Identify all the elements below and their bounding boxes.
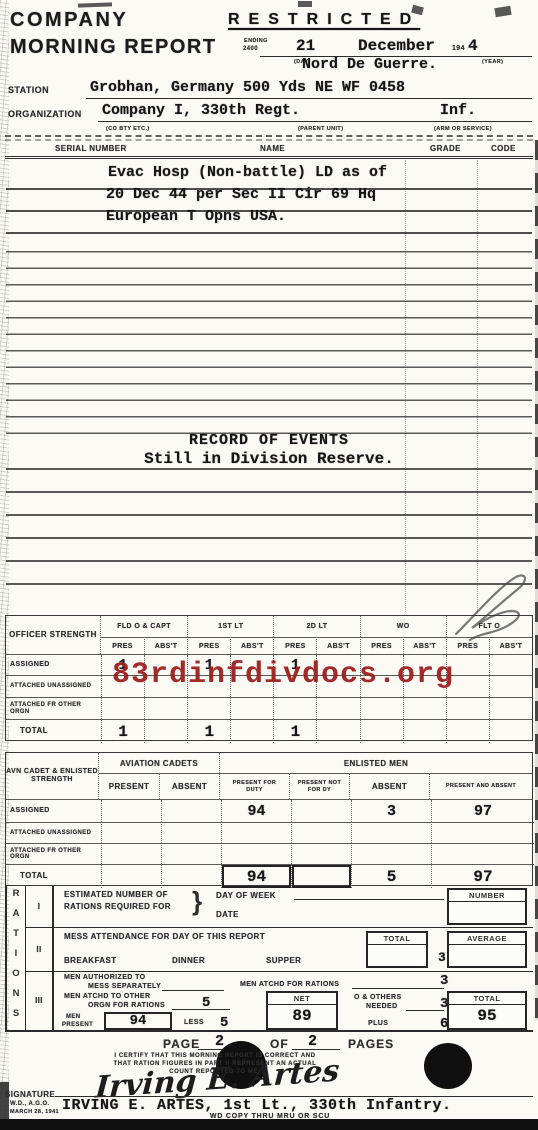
mess-separately-underline <box>162 990 224 991</box>
table-cell <box>221 822 291 843</box>
officer-subcol-pres: PRES <box>360 637 403 654</box>
rations-total-box: TOTAL 95 <box>447 991 527 1030</box>
table-cell: 5 <box>351 864 431 888</box>
scan-speck <box>298 1 312 7</box>
column-header-serial-number: SERIAL NUMBER <box>55 144 127 153</box>
year-printed: 194 <box>452 45 465 52</box>
scan-speck <box>0 1082 9 1120</box>
officer-col-fldo-capt: FLD O & CAPT <box>101 616 187 637</box>
form-id-small-print: W.D., A.G.O. <box>10 1101 50 1107</box>
date-day-value: 21 <box>296 37 315 55</box>
table-cell <box>101 800 161 822</box>
total-box-label: TOTAL <box>368 933 426 945</box>
separator-dashes <box>5 139 533 141</box>
typed-signature-name: IRVING E. ARTES, 1st Lt., 330th Infantry… <box>62 1097 452 1114</box>
breakfast-label: BREAKFAST <box>64 956 117 965</box>
table-cell <box>161 864 221 888</box>
men-atchd-other-label-2: ORGN FOR RATIONS <box>88 1002 165 1009</box>
enlisted-subcol-absent-2: ABSENT <box>349 773 429 799</box>
orgn-for-rations-underline <box>172 1009 230 1010</box>
officer-subcol-pres: PRES <box>187 637 230 654</box>
pages-underline <box>292 1049 340 1050</box>
day-of-week-label: DAY OF WEEK <box>216 891 276 900</box>
officer-row-label: ASSIGNED <box>6 655 101 675</box>
officer-subcol-pres: PRES <box>273 637 316 654</box>
estimated-rations-label-2: RATIONS REQUIRED FOR <box>64 902 171 911</box>
plus-value: 6 <box>440 1016 448 1032</box>
enlisted-row-label: TOTAL <box>6 864 101 888</box>
men-authorized-label-1: MEN AUTHORIZED TO <box>64 974 145 981</box>
brace-glyph: } <box>192 886 202 917</box>
table-cell <box>101 843 161 864</box>
of-label: OF <box>270 1037 289 1051</box>
rations-part-ii: MESS ATTENDANCE FOR DAY OF THIS REPORT B… <box>54 928 533 971</box>
table-cell: 94 <box>221 800 291 822</box>
table-cell <box>351 843 431 864</box>
table-cell <box>273 697 316 719</box>
officer-subcol-abst: ABS'T <box>144 637 187 654</box>
scan-bottom-edge <box>0 1119 538 1130</box>
table-cell <box>489 675 532 697</box>
men-atchd-for-rations-value: 3 <box>440 973 448 989</box>
rations-numeral-i: I <box>26 886 54 927</box>
table-cell <box>351 822 431 843</box>
officer-row-label: ATTACHED UNASSIGNED <box>6 675 101 697</box>
station-underline <box>86 98 532 99</box>
rations-total-value: 95 <box>449 1005 525 1027</box>
table-cell: 97 <box>431 864 534 888</box>
number-box-label: NUMBER <box>449 890 525 902</box>
men-atchd-for-rations-underline <box>352 988 444 989</box>
website-watermark: 83rdinfdivdocs.org <box>112 658 454 692</box>
officer-col-1st-lt: 1ST LT <box>187 616 273 637</box>
enlisted-row-label: ATTACHED UNASSIGNED <box>6 822 101 843</box>
date-month-value: December <box>358 37 435 55</box>
officer-subcol-abst: ABS'T <box>230 637 273 654</box>
men-atchd-other-label-1: MEN ATCHD TO OTHER <box>64 993 150 1000</box>
classification-banner: RESTRICTED <box>228 11 420 29</box>
net-box-label: NET <box>268 993 336 1005</box>
net-box: NET 89 <box>266 991 338 1030</box>
table-cell <box>101 822 161 843</box>
men-present-label-1: MEN <box>66 1014 81 1020</box>
organization-value: Company I, 330th Regt. <box>102 102 300 119</box>
enlisted-group-aviation-cadets: AVIATION CADETS <box>99 753 219 773</box>
rations-numeral-iii: III <box>26 972 54 1030</box>
table-cell <box>489 719 532 743</box>
station-value: Grobhan, Germany 500 Yds NE WF 0458 <box>90 79 405 96</box>
sub-label-co: (CO BTY ETC.) <box>106 126 150 132</box>
table-cell <box>360 719 403 743</box>
rations-vertical-text: RATIONS <box>11 888 22 1028</box>
officer-row-label: TOTAL <box>6 719 101 743</box>
supper-label: SUPPER <box>266 956 301 965</box>
officer-row-label: ATTACHED FR OTHER ORGN <box>6 697 101 719</box>
enlisted-subcol-present: PRESENT <box>99 773 159 799</box>
table-cell <box>161 822 221 843</box>
officer-col-flt-o: FLT O <box>446 616 532 637</box>
form-title-morning-report: MORNING REPORT <box>10 36 217 59</box>
enlisted-subcol-present-for-duty: PRESENT FOR DUTY <box>219 773 289 799</box>
table-cell <box>101 697 144 719</box>
roster-entry-line-2: 20 Dec 44 per Sec II Cir 69 Hq <box>106 186 376 203</box>
plus-label: PLUS <box>368 1020 388 1027</box>
table-cell <box>187 697 230 719</box>
enlisted-subcol-present-not-for-dy: PRESENT NOT FOR DY <box>289 773 349 799</box>
officer-col-2d-lt: 2D LT <box>273 616 359 637</box>
table-cell: 1 <box>273 719 316 743</box>
table-cell <box>291 822 351 843</box>
page-label: PAGE <box>163 1037 200 1051</box>
o-and-others-label-1: O & OTHERS <box>354 994 402 1001</box>
year-sub-label: (YEAR) <box>482 59 503 65</box>
officer-col-wo: WO <box>360 616 446 637</box>
table-cell <box>230 697 273 719</box>
enlisted-table-corner-label: AVN CADET & ENLISTED STRENGTH <box>6 753 99 799</box>
table-cell <box>403 697 446 719</box>
table-cell <box>316 697 359 719</box>
scan-speck <box>78 2 112 7</box>
rations-total-box-label: TOTAL <box>449 993 525 1005</box>
enlisted-strength-table: AVN CADET & ENLISTED STRENGTH AVIATION C… <box>5 752 533 886</box>
organization-label: ORGANIZATION <box>8 109 82 119</box>
form-title-company: COMPANY <box>10 9 128 32</box>
table-cell <box>403 719 446 743</box>
morning-report-document: COMPANY RESTRICTED MORNING REPORT ENDING… <box>0 0 538 1130</box>
ending-time: 2400 <box>243 46 258 52</box>
men-atchd-for-rations-label: MEN ATCHD FOR RATIONS <box>240 981 339 988</box>
roster-entry-line-1: Evac Hosp (Non-battle) LD as of <box>108 164 387 181</box>
enlisted-row-label: ASSIGNED <box>6 800 101 822</box>
o-and-others-label-2: NEEDED <box>366 1003 398 1010</box>
officer-subcol-pres: PRES <box>101 637 144 654</box>
column-header-grade: GRADE <box>430 144 461 153</box>
pages-number: 2 <box>308 1033 317 1050</box>
officer-subcol-abst: ABS'T <box>403 637 446 654</box>
average-box: AVERAGE <box>447 931 527 968</box>
table-cell <box>446 697 489 719</box>
roster-entry-line-3: European T Opns USA. <box>106 208 286 225</box>
table-cell <box>291 800 351 822</box>
rations-part-iii: MEN AUTHORIZED TO MESS SEPARATELY MEN AT… <box>54 972 533 1030</box>
ending-label: ENDING <box>244 38 268 44</box>
table-cell-boxed: 94 <box>221 864 291 888</box>
table-cell <box>360 697 403 719</box>
date-label: DATE <box>216 910 239 919</box>
enlisted-group-enlisted-men: ENLISTED MEN <box>219 753 532 773</box>
code-name-value: Nord De Guerre. <box>302 56 437 73</box>
men-present-value: 94 <box>130 1013 147 1029</box>
table-cell: 3 <box>351 800 431 822</box>
men-present-box: 94 <box>104 1012 172 1030</box>
number-box: NUMBER <box>447 888 527 925</box>
table-cell <box>161 843 221 864</box>
rations-numeral-ii: II <box>26 928 54 971</box>
enlisted-subcol-absent: ABSENT <box>159 773 219 799</box>
organization-branch-value: Inf. <box>440 102 476 119</box>
station-label: STATION <box>8 85 49 95</box>
table-cell <box>144 719 187 743</box>
table-cell: 97 <box>431 800 534 822</box>
mess-attendance-label: MESS ATTENDANCE FOR DAY OF THIS REPORT <box>64 932 265 941</box>
separator-dashes <box>5 135 533 137</box>
officer-subcol-abst: ABS'T <box>316 637 359 654</box>
less-value: 5 <box>220 1015 228 1031</box>
table-cell <box>316 719 359 743</box>
table-cell-boxed <box>291 864 351 888</box>
average-box-label: AVERAGE <box>449 933 525 945</box>
table-cell <box>101 864 161 888</box>
sub-label-parent-unit: (PARENT UNIT) <box>298 126 343 132</box>
table-cell <box>446 719 489 743</box>
organization-underline <box>98 121 532 122</box>
officer-table-corner-label: OFFICER STRENGTH <box>6 616 101 654</box>
column-header-code: CODE <box>491 144 516 153</box>
table-cell <box>431 843 534 864</box>
table-cell <box>161 800 221 822</box>
ruled-lines <box>6 236 532 434</box>
pages-label: PAGES <box>348 1037 394 1051</box>
year-typed-value: 4 <box>468 37 478 55</box>
signature-label: SIGNATURE <box>5 1090 55 1099</box>
officer-subcol-pres: PRES <box>446 637 489 654</box>
day-of-week-underline <box>294 899 444 900</box>
table-cell <box>221 843 291 864</box>
table-cell: 1 <box>101 719 144 743</box>
net-value: 89 <box>268 1005 336 1027</box>
rations-section: RATIONS I ESTIMATED NUMBER OF RATIONS RE… <box>5 886 533 1032</box>
total-box: TOTAL <box>366 931 428 968</box>
estimated-rations-label-1: ESTIMATED NUMBER OF <box>64 890 168 899</box>
men-authorized-label-2: MESS SEPARATELY <box>88 983 161 990</box>
table-cell <box>144 697 187 719</box>
less-label: LESS <box>184 1019 204 1026</box>
hole-punch-right <box>424 1043 472 1089</box>
table-cell <box>489 655 532 675</box>
roster-header-rule <box>5 156 533 159</box>
form-date-small-print: MARCH 28, 1941 <box>10 1109 59 1115</box>
rations-vertical-label: RATIONS <box>7 886 26 1030</box>
men-atchd-other-value: 5 <box>202 995 210 1011</box>
officer-subcol-abst: ABS'T <box>489 637 532 654</box>
column-header-name: NAME <box>260 144 285 153</box>
needed-underline <box>406 1010 444 1011</box>
stray-total-value: 3 <box>438 950 446 965</box>
enlisted-row-label: ATTACHED FR OTHER ORGN <box>6 843 101 864</box>
table-cell <box>431 822 534 843</box>
table-cell: 1 <box>187 719 230 743</box>
enlisted-subcol-present-and-absent: PRESENT AND ABSENT <box>429 773 532 799</box>
rations-part-i: ESTIMATED NUMBER OF RATIONS REQUIRED FOR… <box>54 886 533 927</box>
dinner-label: DINNER <box>172 956 205 965</box>
table-cell <box>230 719 273 743</box>
table-cell <box>291 843 351 864</box>
table-cell <box>489 697 532 719</box>
scan-speck <box>494 6 511 17</box>
men-present-label-2: PRESENT <box>62 1022 93 1028</box>
sub-label-arm-service: (ARM OR SERVICE) <box>434 126 492 132</box>
